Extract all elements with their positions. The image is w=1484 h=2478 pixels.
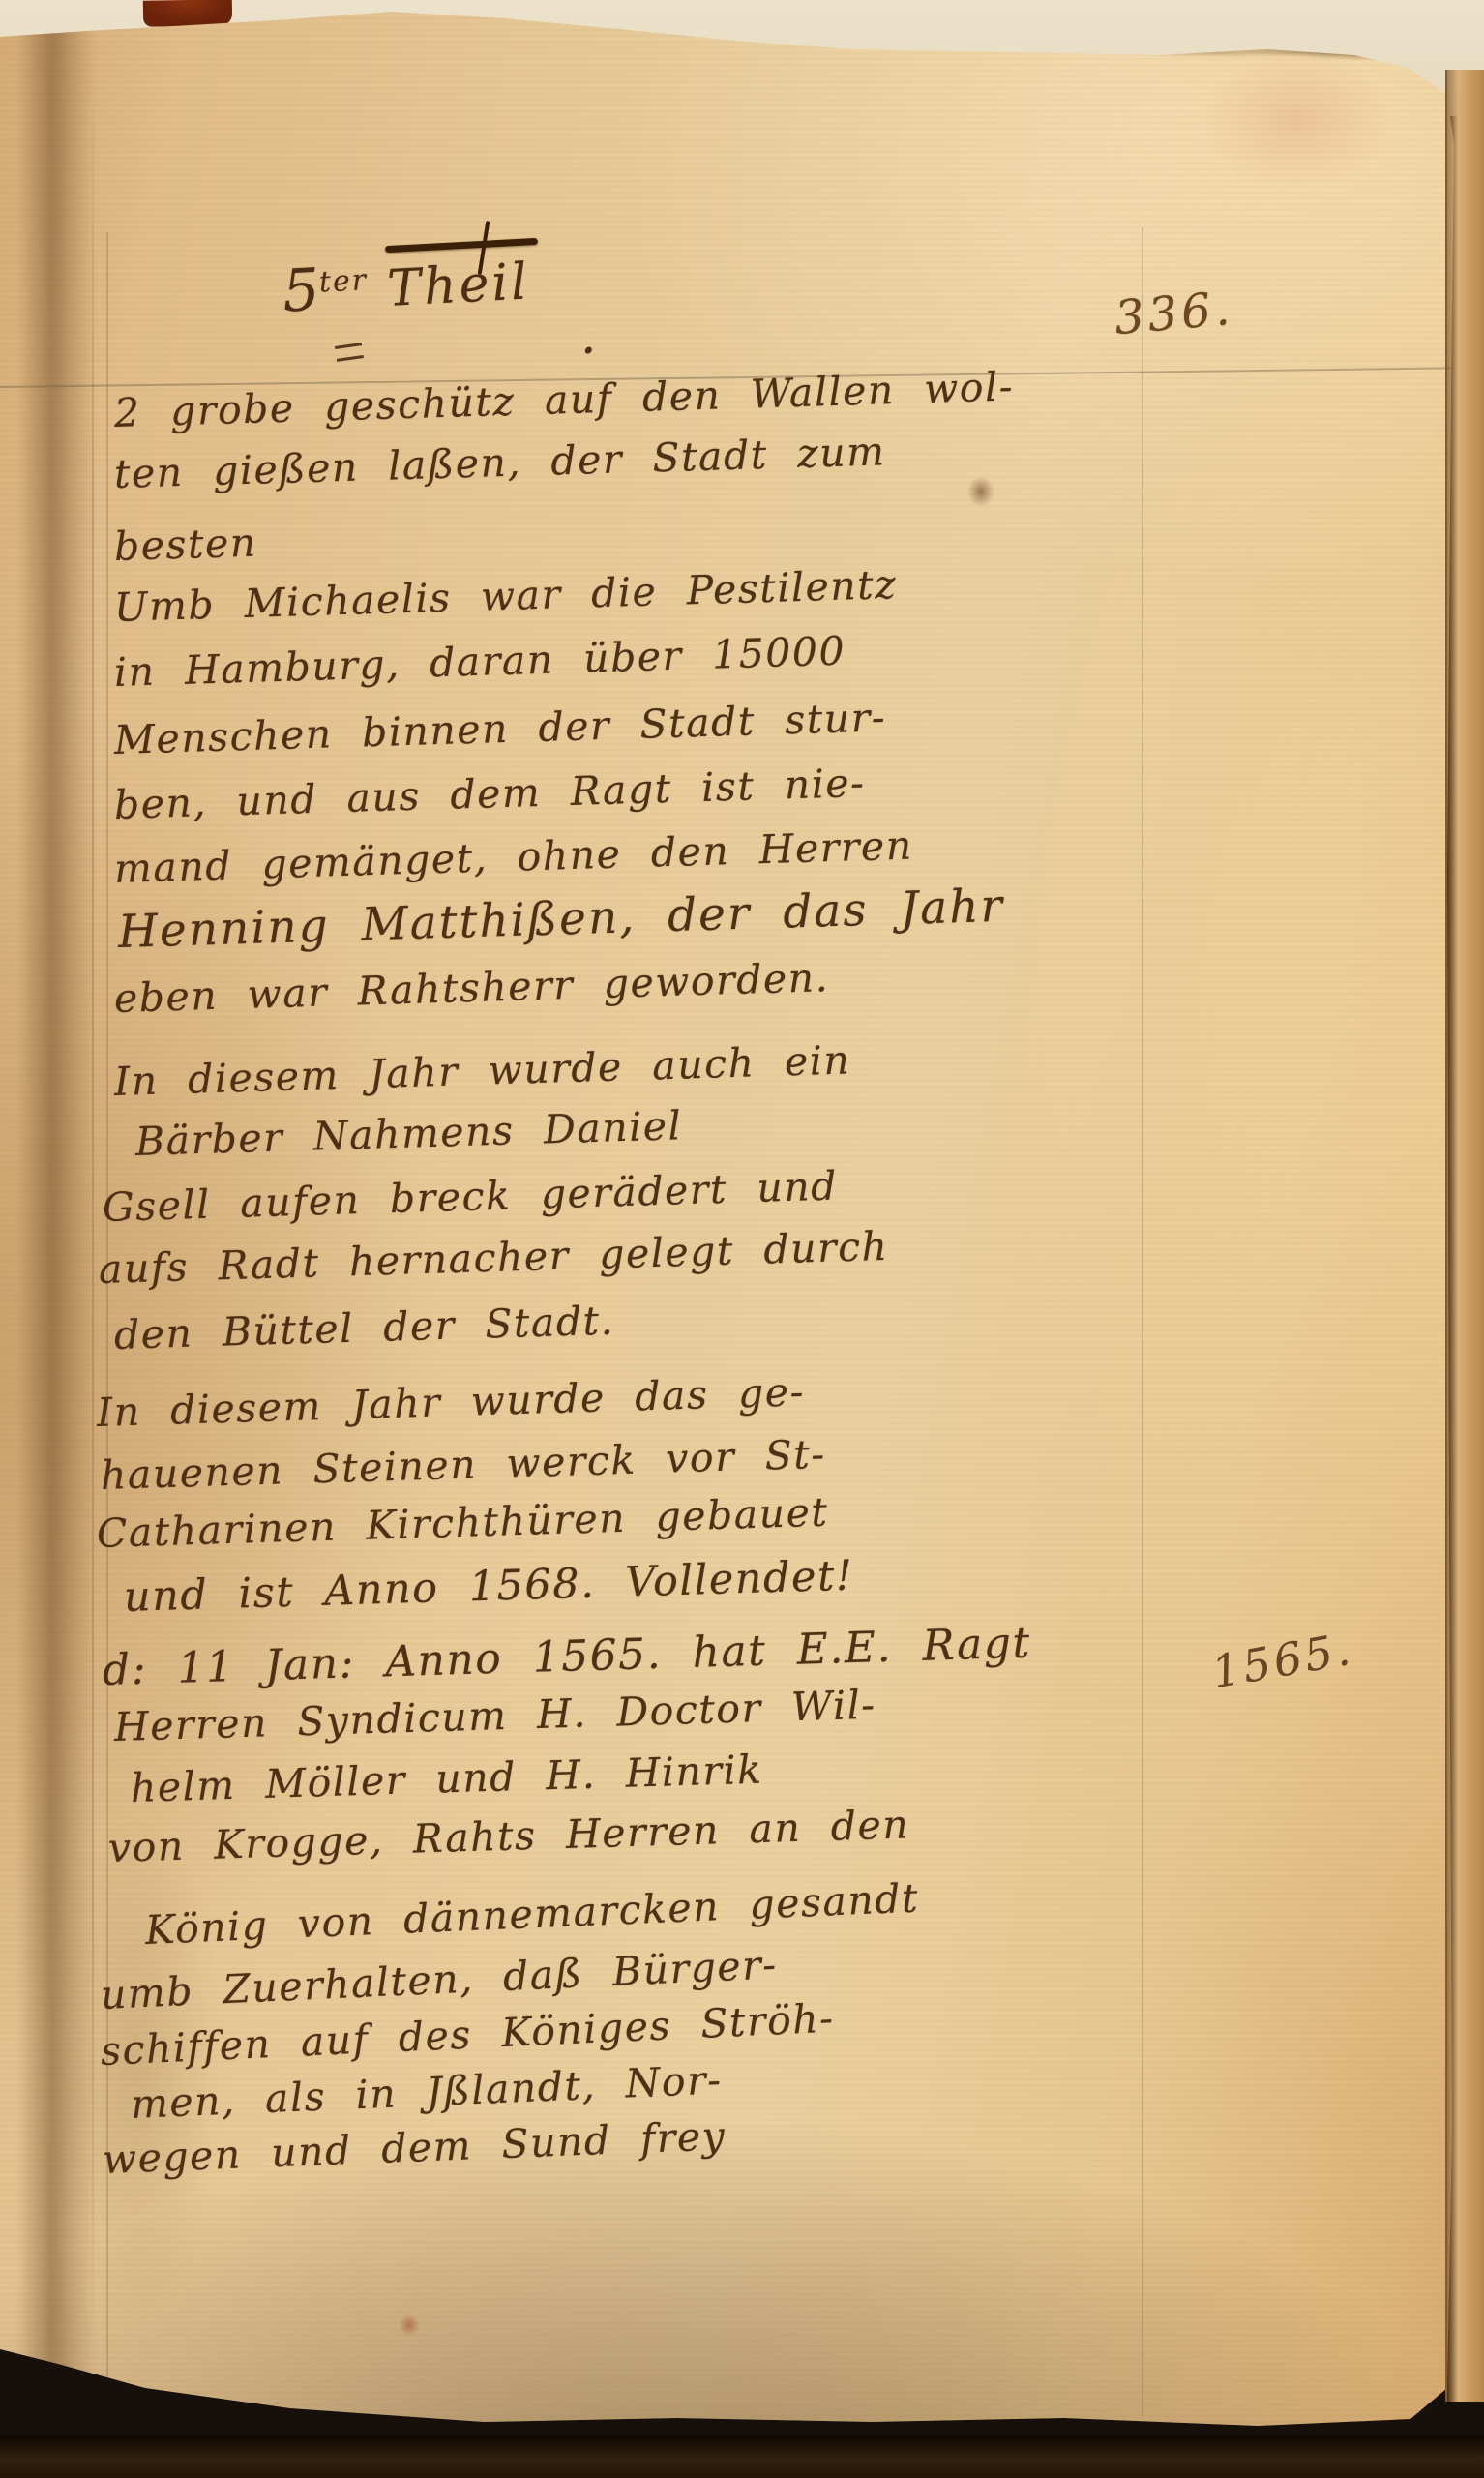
manuscript-line: Gsell aufen breck gerädert und [102, 1166, 838, 1228]
manuscript-line: und ist Anno 1568. Vollendet! [123, 1556, 854, 1619]
manuscript-line: den Büttel der Stadt. [113, 1301, 614, 1356]
manuscript-line: besten [113, 523, 257, 567]
desk-shadow-strip [0, 2436, 1484, 2478]
manuscript-line: Umb Michaelis war die Pestilentz [113, 565, 897, 628]
manuscript-line: Henning Matthißen, der das Jahr [117, 883, 1004, 955]
manuscript-line: d: 11 Jan: Anno 1565. hat E.E. Ragt [102, 1623, 1031, 1692]
manuscript-line: In diesem Jahr wurde auch ein [113, 1040, 850, 1102]
manuscript-line: Menschen binnen der Stadt stur- [113, 698, 886, 761]
manuscript-line: eben war Rahtsherr geworden. [113, 958, 829, 1019]
manuscript-line: König von dännemarcken gesandt [144, 1878, 920, 1950]
manuscript-line: In diesem Jahr wurde das ge- [96, 1372, 805, 1433]
manuscript-line: Catharinen Kirchthüren gebauet [96, 1493, 828, 1554]
manuscript-line: hauenen Steinen werck vor St- [100, 1435, 826, 1496]
manuscript-line: in Hamburg, daran über 15000 [113, 632, 846, 693]
manuscript-line: 2 grobe geschütz auf den Wallen wol- [113, 367, 1014, 433]
manuscript-line: Bärber Nahmens Daniel [134, 1106, 682, 1162]
manuscript-line: Herren Syndicum H. Doctor Wil- [113, 1686, 876, 1747]
binding-leather-fragment [143, 0, 232, 27]
manuscript-line: helm Möller und H. Hinrik [130, 1750, 763, 1808]
manuscript-line: von Krogge, Rahts Herren an den [107, 1805, 909, 1868]
page-stack-fore-edge [1445, 70, 1484, 2402]
manuscript-line: ben, und aus dem Ragt ist nie- [113, 763, 866, 825]
manuscript-line: wegen und dem Sund frey [102, 2116, 727, 2180]
manuscript-line: mand gemänget, ohne den Herren [113, 826, 913, 889]
manuscript-page: 5terTheil . 336. 1565. 2 grobe geschütz … [0, 0, 1484, 2478]
manuscript-text-block: 2 grobe geschütz auf den Wallen wol- ten… [0, 0, 1484, 2478]
manuscript-line: ten gießen laßen, der Stadt zum [113, 432, 886, 494]
manuscript-line: aufs Radt hernacher gelegt durch [98, 1227, 889, 1290]
manuscript-photo: 5terTheil . 336. 1565. 2 grobe geschütz … [0, 0, 1484, 2478]
